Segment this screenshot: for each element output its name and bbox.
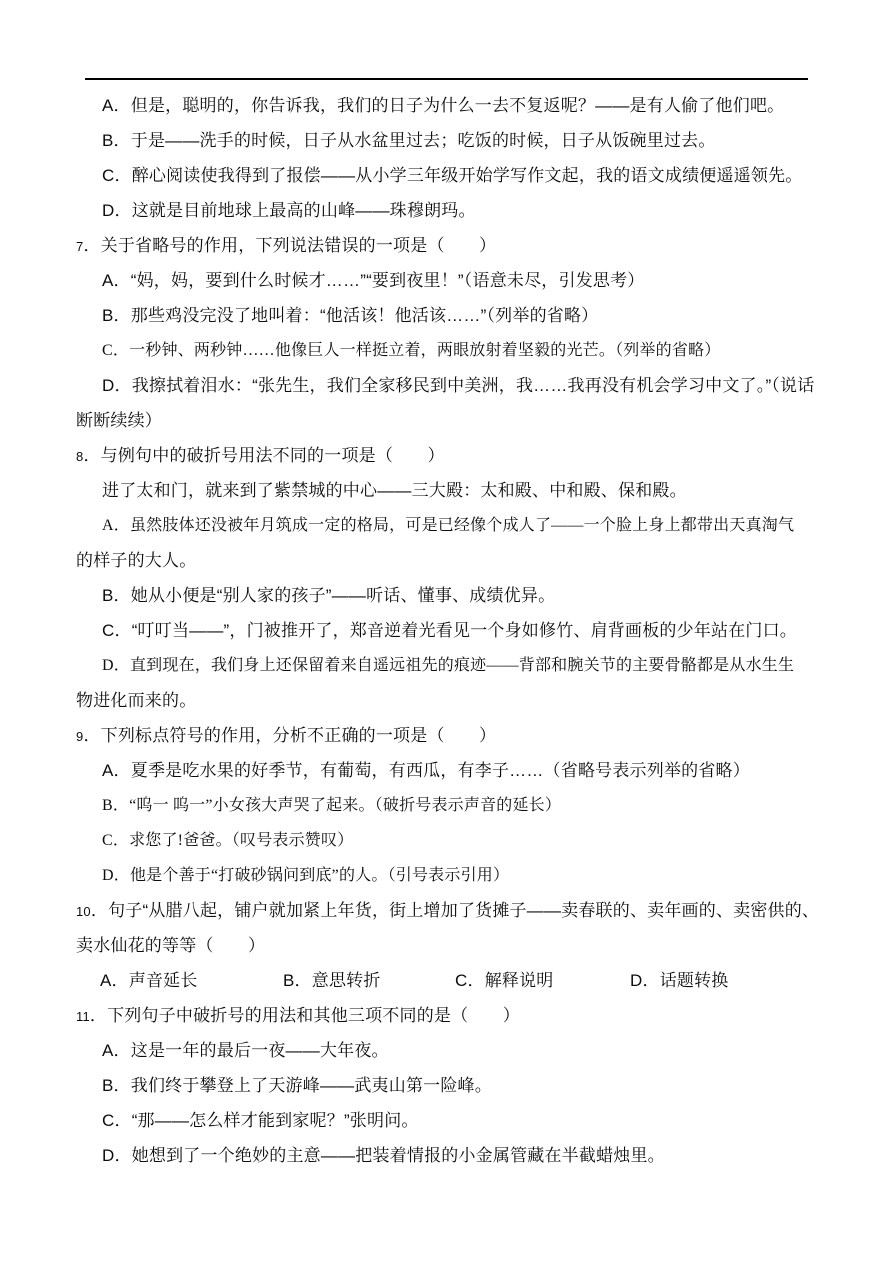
- option-6-C: C．醉心阅读使我得到了报偿——从小学三年级开始学写作文起，我的语文成绩便遥遥领先…: [76, 158, 836, 193]
- label-separator: ．: [114, 1111, 131, 1130]
- label-separator: ．: [112, 971, 129, 990]
- question-text: 下列标点符号的作用，分析不正确的一项是（ ）: [101, 726, 497, 745]
- option-text: 这是一年的最后一夜——大年夜。: [131, 1041, 389, 1060]
- question-10-options-row: A．声音延长 B．意思转折 C．解释说明 D．话题转换: [76, 963, 836, 998]
- label-separator: ．: [114, 166, 131, 185]
- option-label: A: [102, 1041, 114, 1060]
- option-text: 于是——洗手的时候，日子从水盆里过去；吃饭的时候，日子从饭碗里过去。: [131, 131, 716, 150]
- label-separator: ．: [114, 306, 131, 325]
- option-label: A: [102, 96, 114, 115]
- label-separator: ．: [114, 131, 131, 150]
- option-text: 醉心阅读使我得到了报偿——从小学三年级开始学写作文起，我的语文成绩便遥遥领先。: [132, 166, 803, 185]
- option-11-A: A．这是一年的最后一夜——大年夜。: [76, 1033, 836, 1068]
- option-text: 一秒钟、两秒钟……他像巨人一样挺立着，两眼放射着坚毅的光芒。（列举的省略）: [129, 342, 720, 359]
- option-text: 断断续续）: [76, 411, 162, 430]
- label-separator: ．: [113, 797, 129, 814]
- label-separator: ．: [114, 1041, 131, 1060]
- option-label: A: [100, 971, 112, 990]
- option-text: 这就是目前地球上最高的山峰——珠穆朗玛。: [132, 201, 476, 220]
- option-6-B: B．于是——洗手的时候，日子从水盆里过去；吃饭的时候，日子从饭碗里过去。: [76, 123, 836, 158]
- question-text: 关于省略号的作用，下列说法错误的一项是（ ）: [101, 236, 497, 255]
- option-text: 解释说明: [485, 971, 554, 990]
- option-10-C: C．解释说明: [455, 963, 554, 998]
- label-separator: ．: [114, 201, 131, 220]
- label-separator: ．: [83, 726, 100, 745]
- option-7-D: D．我擦拭着泪水：“张先生，我们全家移民到中美洲，我……我再没有机会学习中文了。…: [76, 368, 836, 403]
- example-sentence: 进了太和门，就来到了紫禁城的中心——三大殿：太和殿、中和殿、保和殿。: [102, 481, 687, 500]
- option-text: 她从小便是“别人家的孩子”——听话、懂事、成绩优异。: [131, 586, 556, 605]
- option-text: 我擦拭着泪水：“张先生，我们全家移民到中美洲，我……我再没有机会学习中文了。”（…: [132, 376, 815, 395]
- option-11-D: D．她想到了一个绝妙的主意——把装着情报的小金属管藏在半截蜡烛里。: [76, 1138, 836, 1173]
- option-label: D: [630, 971, 642, 990]
- question-10-stem: 10．句子“从腊八起，铺户就加紧上年货，街上增加了货摊子——卖春联的、卖年画的、…: [76, 893, 836, 928]
- option-8-D: D．直到现在，我们身上还保留着来自遥远祖先的痕迹——背部和腕关节的主要骨骼都是从…: [76, 648, 836, 683]
- label-separator: ．: [83, 446, 100, 465]
- option-label: B: [102, 586, 114, 605]
- option-text: 她想到了一个绝妙的主意——把装着情报的小金属管藏在半截蜡烛里。: [132, 1146, 665, 1165]
- question-9-stem: 9．下列标点符号的作用，分析不正确的一项是（ ）: [76, 718, 836, 753]
- option-9-B: B．“呜一 呜一”小女孩大声哭了起来。（破折号表示声音的延长）: [76, 788, 836, 823]
- option-10-B: B．意思转折: [283, 963, 381, 998]
- option-text: “呜一 呜一”小女孩大声哭了起来。（破折号表示声音的延长）: [129, 797, 561, 814]
- label-separator: ．: [114, 271, 131, 290]
- option-8-D-continuation: 物进化而来的。: [76, 683, 836, 718]
- option-text: 夏季是吃水果的好季节，有葡萄，有西瓜，有李子……（省略号表示列举的省略）: [131, 761, 750, 780]
- option-text: 话题转换: [660, 971, 729, 990]
- option-label: B: [102, 1076, 114, 1095]
- option-6-A: A．但是，聪明的，你告诉我，我们的日子为什么一去不复返呢？——是有人偷了他们吧。: [76, 88, 836, 123]
- question-text: 句子“从腊八起，铺户就加紧上年货，街上增加了货摊子——卖春联的、卖年画的、卖密供…: [108, 901, 819, 920]
- option-text: 那些鸡没完没了地叫着：“他活该！他活该……”（列举的省略）: [131, 306, 599, 325]
- document-content: A．但是，聪明的，你告诉我，我们的日子为什么一去不复返呢？——是有人偷了他们吧。…: [76, 88, 836, 1173]
- label-separator: ．: [90, 1006, 107, 1025]
- option-label: C: [102, 621, 114, 640]
- option-9-A: A．夏季是吃水果的好季节，有葡萄，有西瓜，有李子……（省略号表示列举的省略）: [76, 753, 836, 788]
- label-separator: ．: [114, 1146, 131, 1165]
- option-10-D: D．话题转换: [630, 963, 729, 998]
- option-8-B: B．她从小便是“别人家的孩子”——听话、懂事、成绩优异。: [76, 578, 836, 613]
- top-divider: [85, 78, 808, 80]
- option-label: B: [283, 971, 295, 990]
- label-separator: ．: [91, 901, 108, 920]
- option-label: C: [102, 166, 114, 185]
- option-label: A: [102, 517, 114, 534]
- question-8-stem: 8．与例句中的破折号用法不同的一项是（ ）: [76, 438, 836, 473]
- question-number: 10: [76, 904, 91, 919]
- option-text: 意思转折: [312, 971, 381, 990]
- exam-document-page: A．但是，聪明的，你告诉我，我们的日子为什么一去不复返呢？——是有人偷了他们吧。…: [0, 0, 892, 1262]
- option-text: 我们终于攀登上了天游峰——武夷山第一险峰。: [131, 1076, 492, 1095]
- option-text: “那——怎么样才能到家呢？”张明问。: [132, 1111, 419, 1130]
- question-10-stem-continuation: 卖水仙花的等等（ ）: [76, 928, 836, 963]
- question-text: 与例句中的破折号用法不同的一项是（ ）: [101, 446, 445, 465]
- option-text: 物进化而来的。: [76, 691, 196, 710]
- option-text: “叮叮当——”，门被推开了，郑音逆着光看见一个身如修竹、肩背画板的少年站在门口。: [132, 621, 797, 640]
- label-separator: ．: [83, 236, 100, 255]
- option-label: B: [102, 131, 114, 150]
- option-label: A: [102, 761, 114, 780]
- option-7-D-continuation: 断断续续）: [76, 403, 836, 438]
- option-label: D: [102, 376, 114, 395]
- option-label: C: [102, 342, 113, 359]
- option-text: 的样子的大人。: [76, 551, 196, 570]
- label-separator: ．: [113, 342, 129, 359]
- option-text: 直到现在，我们身上还保留着来自遥远祖先的痕迹——背部和腕关节的主要骨骼都是从水生…: [130, 657, 794, 674]
- label-separator: ．: [114, 1076, 131, 1095]
- question-number: 11: [76, 1009, 90, 1024]
- option-8-A: A．虽然肢体还没被年月筑成一定的格局，可是已经像个成人了——一个脸上身上都带出天…: [76, 508, 836, 543]
- option-9-D: D．他是个善于“打破砂锅问到底”的人。（引号表示引用）: [76, 858, 836, 893]
- option-10-A: A．声音延长: [100, 963, 198, 998]
- option-11-B: B．我们终于攀登上了天游峰——武夷山第一险峰。: [76, 1068, 836, 1103]
- option-label: C: [102, 832, 113, 849]
- option-8-C: C．“叮叮当——”，门被推开了，郑音逆着光看见一个身如修竹、肩背画板的少年站在门…: [76, 613, 836, 648]
- question-text: 下列句子中破折号的用法和其他三项不同的是（ ）: [107, 1006, 520, 1025]
- label-separator: ．: [114, 96, 131, 115]
- label-separator: ．: [114, 586, 131, 605]
- option-text: 他是个善于“打破砂锅问到底”的人。（引号表示引用）: [130, 867, 509, 884]
- option-6-D: D．这就是目前地球上最高的山峰——珠穆朗玛。: [76, 193, 836, 228]
- label-separator: ．: [114, 517, 130, 534]
- option-label: D: [102, 201, 114, 220]
- option-7-B: B．那些鸡没完没了地叫着：“他活该！他活该……”（列举的省略）: [76, 298, 836, 333]
- option-9-C: C．求您了!爸爸。（叹号表示赞叹）: [76, 823, 836, 858]
- option-label: C: [102, 1111, 114, 1130]
- option-label: B: [102, 306, 114, 325]
- question-8-example: 进了太和门，就来到了紫禁城的中心——三大殿：太和殿、中和殿、保和殿。: [76, 473, 836, 508]
- label-separator: ．: [114, 657, 130, 674]
- option-8-A-continuation: 的样子的大人。: [76, 543, 836, 578]
- option-text: “妈，妈，要到什么时候才……”“要到夜里！”（语意未尽，引发思考）: [131, 271, 645, 290]
- option-label: A: [102, 271, 114, 290]
- question-text: 卖水仙花的等等（ ）: [76, 936, 265, 955]
- label-separator: ．: [113, 832, 129, 849]
- question-11-stem: 11．下列句子中破折号的用法和其他三项不同的是（ ）: [76, 998, 836, 1033]
- option-text: 虽然肢体还没被年月筑成一定的格局，可是已经像个成人了——一个脸上身上都带出天真淘…: [130, 517, 794, 534]
- option-text: 求您了!爸爸。（叹号表示赞叹）: [129, 832, 353, 849]
- option-label: D: [102, 657, 114, 674]
- label-separator: ．: [295, 971, 312, 990]
- option-text: 但是，聪明的，你告诉我，我们的日子为什么一去不复返呢？——是有人偷了他们吧。: [131, 96, 785, 115]
- option-label: D: [102, 1146, 114, 1165]
- label-separator: ．: [114, 867, 130, 884]
- question-7-stem: 7．关于省略号的作用，下列说法错误的一项是（ ）: [76, 228, 836, 263]
- label-separator: ．: [467, 971, 484, 990]
- option-text: 声音延长: [129, 971, 198, 990]
- option-7-A: A．“妈，妈，要到什么时候才……”“要到夜里！”（语意未尽，引发思考）: [76, 263, 836, 298]
- label-separator: ．: [114, 621, 131, 640]
- option-label: B: [102, 797, 113, 814]
- option-11-C: C．“那——怎么样才能到家呢？”张明问。: [76, 1103, 836, 1138]
- option-7-C: C．一秒钟、两秒钟……他像巨人一样挺立着，两眼放射着坚毅的光芒。（列举的省略）: [76, 333, 836, 368]
- option-label: D: [102, 867, 114, 884]
- option-label: C: [455, 971, 467, 990]
- label-separator: ．: [114, 376, 131, 395]
- label-separator: ．: [114, 761, 131, 780]
- label-separator: ．: [642, 971, 659, 990]
